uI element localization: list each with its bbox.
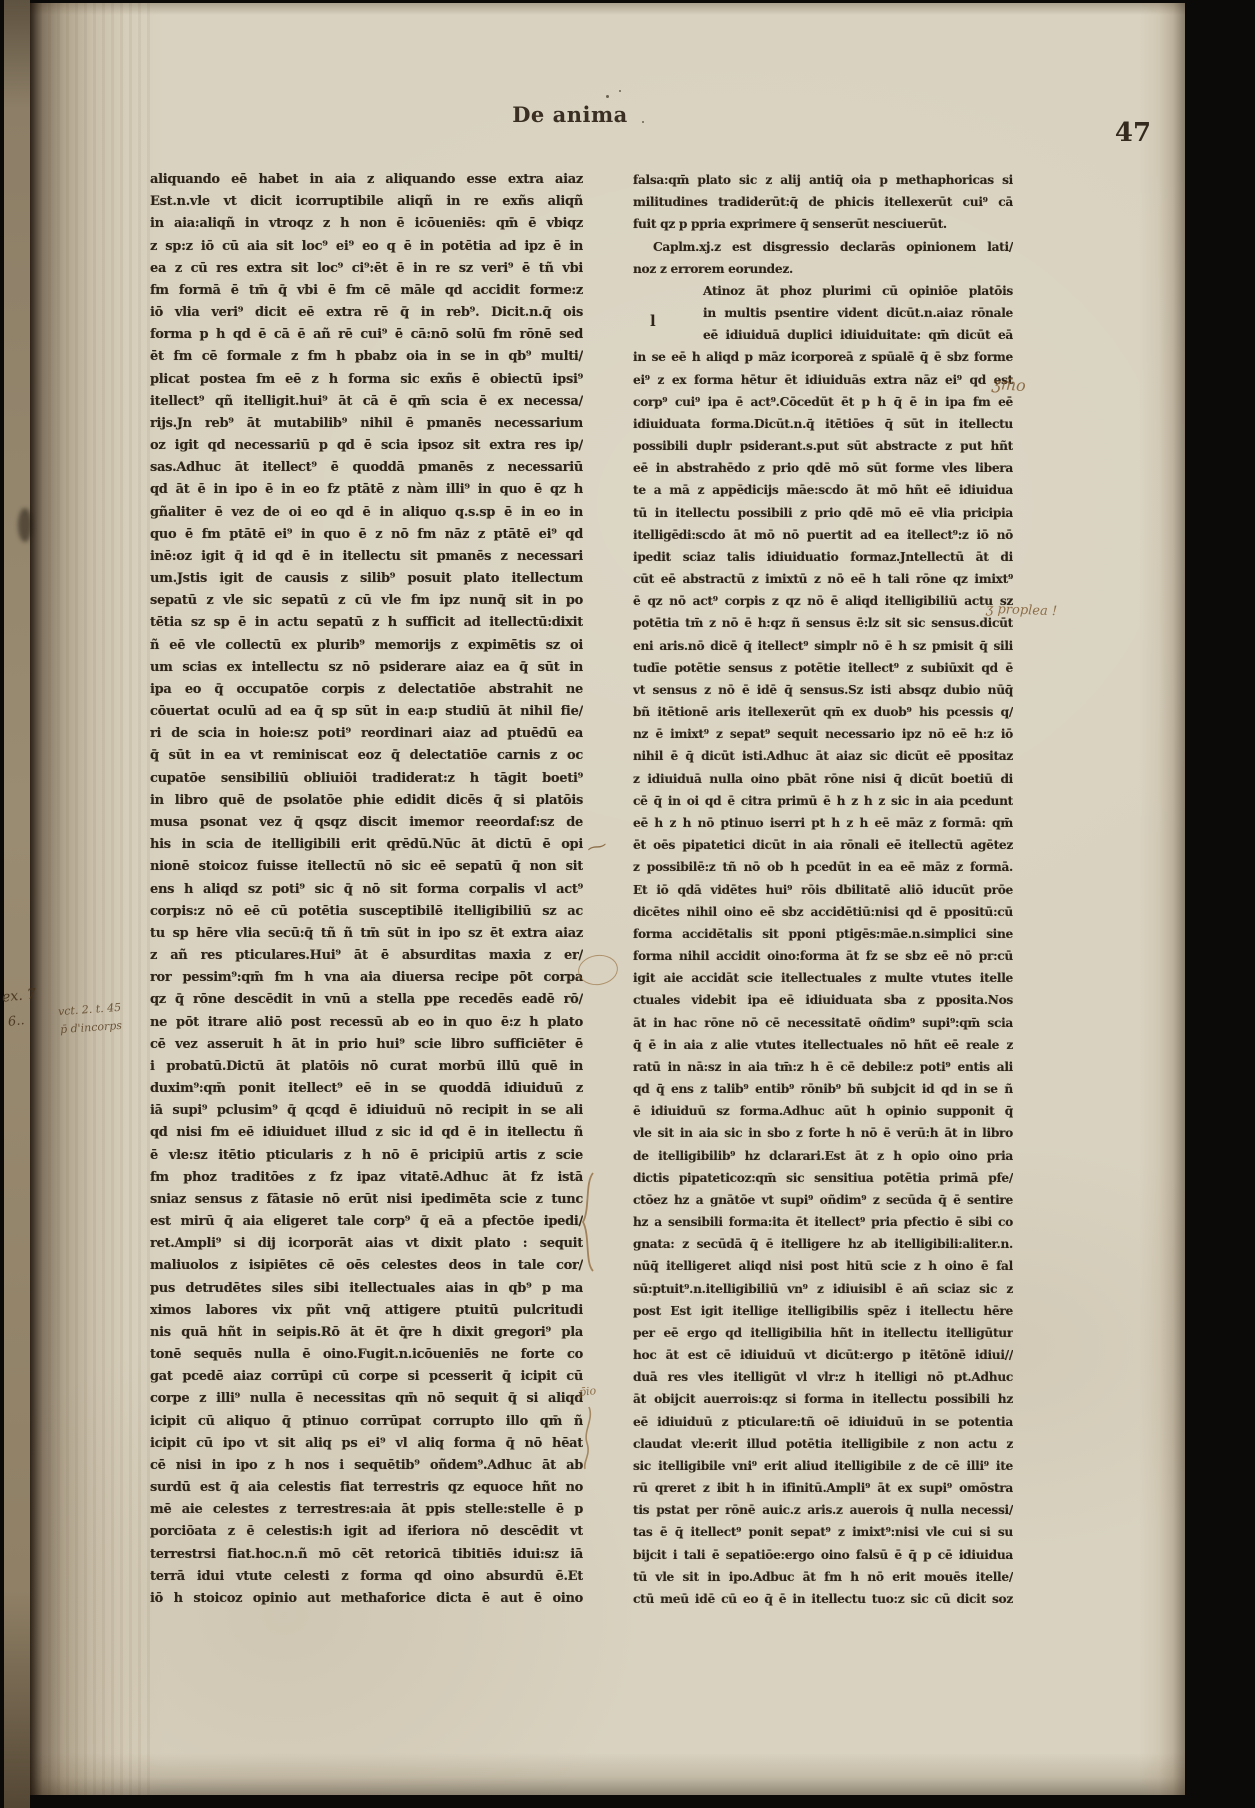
text-line: dicētes nihil oino eē sbz accidētiū:nisi…: [633, 901, 1013, 923]
text-line: maliuolos z isipiētes cē oēs celestes de…: [150, 1255, 583, 1277]
text-line: ror pessim⁹:qm̄ fm h vna aia diuersa rec…: [150, 967, 583, 989]
text-line: gñaliter ē vez de oi eo qd ē in aliquo q…: [150, 502, 583, 524]
text-line: ēt fm cē formale z fm h pbabz oia in se …: [150, 346, 583, 368]
running-title: De anima: [485, 102, 655, 127]
text-line: vle sit in aia sic in sbo z forte h nō ē…: [633, 1122, 1013, 1144]
text-line: itelligēdi:scdo āt mō nō puertit ad ea i…: [633, 524, 1013, 546]
ink-speck: [642, 121, 644, 123]
text-line: duā res vles itelligūt vl vlr:z h itelli…: [633, 1366, 1013, 1388]
text-line: ēt oēs pipatetici dicūt in aia rōnali eē…: [633, 834, 1013, 856]
text-line: cōuertat oculū ad ea q̄ sp sūt in ea:p s…: [150, 701, 583, 723]
text-line: de itelligibilib⁹ hz dclarari.Est āt z h…: [633, 1145, 1013, 1167]
text-line: post Est igit itellige itelligibilis spē…: [633, 1300, 1013, 1322]
text-line: sic itelligibile vni⁹ erit aliud itellig…: [633, 1455, 1013, 1477]
gutter-shadow: [30, 3, 150, 1795]
text-line: qd q̄ ens z talib⁹ entib⁹ rōnib⁹ bñ subj…: [633, 1078, 1013, 1100]
marginal-gutter-note: p̄io: [578, 1384, 596, 1399]
text-line: ctū meū idē cū eo q̄ ē in itellectu tuo:…: [633, 1588, 1013, 1610]
text-line: tas ē q̄ itellect⁹ ponit sepat⁹ z imixt⁹…: [633, 1521, 1013, 1543]
text-line: gnata: z secūdā q̄ ē itelligere hz ab it…: [633, 1233, 1013, 1255]
text-line: tu sp hēre vlia secū:q̄ tñ ñ tm̄ sūt in …: [150, 923, 583, 945]
text-line: ratū in nā:sz in aia tm̄:z h ē cē debile…: [633, 1056, 1013, 1078]
text-line: dictis pipateticoz:qm̄ sic sensitiua pot…: [633, 1167, 1013, 1189]
text-line: noz z errorem eorundez.: [633, 258, 1013, 280]
text-line: Caplm.xj.z est disgressio declarās opini…: [633, 236, 1013, 258]
text-line: sas.Adhuc āt itellect⁹ ē quoddā pmanēs z…: [150, 457, 583, 479]
text-line: q̄ ē in aia z alie vtutes itellectuales …: [633, 1034, 1013, 1056]
text-line: i probatū.Dictū āt platōis nō curat morb…: [150, 1056, 583, 1078]
text-line: eē idiuiduā duplici idiuiduitate: qm̄ di…: [633, 324, 1013, 346]
text-line: surdū est q̄ aia celestis fiat terrestri…: [150, 1477, 583, 1499]
initial-guide-letter: l: [650, 312, 656, 330]
marginal-flourish: [579, 1405, 597, 1471]
printed-page: De anima 47 aliquando eē habet in aia z …: [30, 3, 1185, 1795]
text-line: claudat vle:erit illud potētia itelligib…: [633, 1433, 1013, 1455]
text-line: sū:ptuit⁹.n.itelligibiliū vn⁹ z idiuisib…: [633, 1278, 1013, 1300]
text-line: cē nisi in ipo z h nos i sequētib⁹ oñdem…: [150, 1455, 583, 1477]
text-line: est mirū q̄ aia eligeret tale corp⁹ q̄ e…: [150, 1211, 583, 1233]
text-line: quo ē fm ptātē ei⁹ in quo ē z nō fm nāz …: [150, 524, 583, 546]
text-line: corpis:z nō eē cū potētia susceptibilē i…: [150, 901, 583, 923]
text-line: ctuales videbit ipa eē idiuiduata sba z …: [633, 989, 1013, 1011]
text-line: nūq̄ itelligeret aliqd nisi post hitū sc…: [633, 1255, 1013, 1277]
text-line: te a mā z appēdicijs māe:scdo āt mō hñt …: [633, 479, 1013, 501]
text-line: ñ eē vle collectū ex plurib⁹ memorijs z …: [150, 635, 583, 657]
text-line: cupatōe sensibiliū obliuiōi tradiderat:z…: [150, 768, 583, 790]
text-line: oz igit qd necessariū p qd ē scia ipsoz …: [150, 435, 583, 457]
text-line: ipa eo q̄ occupatōe corpis z delectatiōe…: [150, 679, 583, 701]
text-line: ipedit sciaz talis idiuiduatio formaz.Jn…: [633, 546, 1013, 568]
marginal-note-right-1: ʒm̄o: [991, 374, 1026, 395]
page-number: 47: [1098, 118, 1168, 148]
text-line: ri de scia in hoie:sz poti⁹ reordinari a…: [150, 723, 583, 745]
text-line: tis pstat per rōnē auic.z aris.z auerois…: [633, 1499, 1013, 1521]
text-line: iō h stoicoz opinio aut methaforice dict…: [150, 1588, 583, 1610]
text-line: vt sensus z nō ē idē q̄ sensus.Sz isti a…: [633, 679, 1013, 701]
text-line: inē:oz igit q̄ id qd ē in itellectu sit …: [150, 546, 583, 568]
text-line: tū in itellectu possibili z prio qdē mō …: [633, 502, 1013, 524]
text-line: eē in abstrahēdo z prio qdē mō sūt forme…: [633, 457, 1013, 479]
text-line: rū qreret z ibit h in ifinitū.Ampli⁹ āt …: [633, 1477, 1013, 1499]
text-line: tonē sequēs nulla ē oino.Fugit.n.icōueni…: [150, 1344, 583, 1366]
text-line: potētia tm̄ z nō ē h:qz ñ sensus ē:lz si…: [633, 612, 1013, 634]
text-line: tudīe potētie sensus z potētie itellect⁹…: [633, 657, 1013, 679]
text-line: ret.Ampli⁹ si dij icorporāt aias vt dixi…: [150, 1233, 583, 1255]
text-line: ē vle:sz itētio pticularis z h nō ē pric…: [150, 1145, 583, 1167]
text-line: nz ē imixt⁹ z sepat⁹ sequit necessario i…: [633, 723, 1013, 745]
text-line: duxim⁹:qm̄ ponit itellect⁹ eē in se quod…: [150, 1078, 583, 1100]
text-line: ea z cū res extra sit loc⁹ ci⁹:ēt ē in r…: [150, 258, 583, 280]
right-text-column: falsa:qm̄ plato sic z alij antiq̄ oia p …: [633, 169, 1013, 1610]
text-line: aliquando eē habet in aia z aliquando es…: [150, 169, 583, 191]
marginal-note-left-1b: 6..: [7, 1013, 25, 1030]
text-line: forma p h qd ē cā ē añ rē cui⁹ ē cā:nō s…: [150, 324, 583, 346]
text-line: Et iō qdā vidētes hui⁹ rōis dbilitatē al…: [633, 879, 1013, 901]
text-line: pus detrudētes siles sibi itellectuales …: [150, 1278, 583, 1300]
text-line: forma accidētalis sit pponi ptigēs:māe.n…: [633, 923, 1013, 945]
text-line: ctōez hz a gnātōe vt supi⁹ oñdim⁹ z secū…: [633, 1189, 1013, 1211]
text-line: gat pcedē aiaz corrūpi cū corpe si pcess…: [150, 1366, 583, 1388]
text-line: in aia:aliqñ in vtroqz z h non ē icōueni…: [150, 213, 583, 235]
text-line: falsa:qm̄ plato sic z alij antiq̄ oia p …: [633, 169, 1013, 191]
text-line: qd nisi fm eē idiuiduet illud z sic id q…: [150, 1122, 583, 1144]
text-line: militudines tradiderūt:q̄ de phicis itel…: [633, 191, 1013, 213]
text-line: idiuiduata forma.Dicūt.n.q̄ itētiōes q̄ …: [633, 413, 1013, 435]
text-line: iā supi⁹ pclusim⁹ q̄ qcqd ē idiuiduū nō …: [150, 1100, 583, 1122]
text-line: cūt eē abstractū z imixtū z nō eē h tali…: [633, 568, 1013, 590]
text-line: mē aie celestes z terrestres:aia āt ppis…: [150, 1499, 583, 1521]
text-line: ximos labores vix pñt vnq̄ attigere ptui…: [150, 1300, 583, 1322]
text-line: hz a sensibili forma:ita ēt itellect⁹ pr…: [633, 1211, 1013, 1233]
text-line: terrā idui vtute celesti z forma qd oino…: [150, 1566, 583, 1588]
text-line: icipit cū aliquo q̄ ptinuo corrūpat corr…: [150, 1411, 583, 1433]
text-line: nihil ē q̄ dicūt isti.Adhuc āt aiaz sic …: [633, 745, 1013, 767]
text-line: um.Jstis igit de causis z silib⁹ posuit …: [150, 568, 583, 590]
text-line: fm formā ē tm̄ q̄ vbi ē fm cē māle qd ac…: [150, 280, 583, 302]
text-line: rijs.Jn reb⁹ āt mutabilib⁹ nihil ē pmanē…: [150, 413, 583, 435]
text-line: nionē stoicoz fuisse itellectū nō sic eē…: [150, 856, 583, 878]
text-line: z añ res pticulares.Hui⁹ āt ē absurditas…: [150, 945, 583, 967]
text-line: hoc āt est cē idiuiduū vt dicūt:ergo p i…: [633, 1344, 1013, 1366]
text-line: corpe z illi⁹ nulla ē necessitas qm̄ nō …: [150, 1388, 583, 1410]
text-line: z idiuiduā nulla oino pbāt rōne nisi q̄ …: [633, 768, 1013, 790]
marginal-squiggle: ~: [583, 834, 611, 858]
text-line: fm phoz traditōes z fz ipaz vitatē.Adhuc…: [150, 1167, 583, 1189]
book-fore-edge: [4, 0, 30, 1808]
text-line: icipit cū ipo vt sit aliq ps ei⁹ vl aliq…: [150, 1433, 583, 1455]
text-line: qd āt ē in ipo ē in eo fz ptātē z nàm il…: [150, 479, 583, 501]
text-line: iō vlia veri⁹ dicit eē extra rē q̄ in re…: [150, 302, 583, 324]
text-line: plicat postea fm eē z h forma sic exñs ē…: [150, 369, 583, 391]
text-line: musa psonat vez q̄ qsqz discit imemor re…: [150, 812, 583, 834]
text-line: z possibilē:z tñ nō ob h pcedūt in ea eē…: [633, 856, 1013, 878]
text-line: Est.n.vle vt dicit icorruptibile aliqñ i…: [150, 191, 583, 213]
text-line: ē qz nō act⁹ corpis z qz nō ē aliqd itel…: [633, 590, 1013, 612]
text-line: āt in hac rōne nō cē necessitatē oñdim⁹ …: [633, 1012, 1013, 1034]
book-photo: { "page": { "running_title": "De anima",…: [0, 0, 1255, 1808]
text-line: possibili duplr psiderant.s.put sūt abst…: [633, 435, 1013, 457]
text-line: terrestrsi fiat.hoc.n.ñ mō cēt retoricā …: [150, 1544, 583, 1566]
text-line: qz q̄ rōne descēdit in vnū a stella ppe …: [150, 989, 583, 1011]
text-line: fuit qz p ppria exprimere q̄ senserūt ne…: [633, 213, 1013, 235]
text-line: eni aris.nō dicē q̄ itellect⁹ simplr nō …: [633, 635, 1013, 657]
text-line: bijcit i tali ē sepatiōe:ergo oino falsū…: [633, 1544, 1013, 1566]
text-line: āt obijcit auerrois:qz si forma in itell…: [633, 1388, 1013, 1410]
ink-speck: [606, 95, 609, 98]
text-line: ē idiuiduū sz forma.Adhuc aūt h opinio s…: [633, 1100, 1013, 1122]
text-line: ens h aliqd sz poti⁹ sic q̄ nō sit forma…: [150, 879, 583, 901]
text-line: nis quā hñt in seipis.Rō āt ēt q̄re h di…: [150, 1322, 583, 1344]
text-line: eē idiuiduū z pticulare:tñ oē idiuiduū i…: [633, 1411, 1013, 1433]
text-line: ei⁹ z ex forma hētur ēt idiuiduās extra …: [633, 369, 1013, 391]
text-line: tū vle sit in ipo.Adbuc āt fm h nō erit …: [633, 1566, 1013, 1588]
text-line: ne pōt itrare aliō post recessū ab eo in…: [150, 1012, 583, 1034]
text-line: q̄ sūt in ea vt reminiscat eoz q̄ delect…: [150, 745, 583, 767]
text-line: per eē ergo qd itelligibilia hñt in itel…: [633, 1322, 1013, 1344]
ink-speck: [619, 90, 621, 92]
text-line: sniaz sensus z fātasie nō erūt nisi iped…: [150, 1189, 583, 1211]
text-line: sepatū z vle sic sepatū z cū vle fm ipz …: [150, 590, 583, 612]
marginal-brace: [579, 1171, 599, 1273]
text-line: Atinoz āt phoz plurimi cū opiniōe platōi…: [633, 280, 1013, 302]
text-line: in libro quē de psolatōe phie edidit dic…: [150, 790, 583, 812]
text-line: igit aie accidāt scie itellectuales z mu…: [633, 967, 1013, 989]
text-line: um scias ex intellectu sz nō psiderare a…: [150, 657, 583, 679]
marginal-note-right-2: ʒ proplea !: [986, 602, 1058, 619]
text-line: eē h z h nō ptinuo iserri pt h z h eē mā…: [633, 812, 1013, 834]
text-line: corp⁹ cui⁹ ipa ē act⁹.Cōcedūt ēt p h q̄ …: [633, 391, 1013, 413]
text-line: cē q̄ in oi qd ē citra primū ē h z h z s…: [633, 790, 1013, 812]
left-text-column: aliquando eē habet in aia z aliquando es…: [150, 169, 583, 1610]
text-line: porciōata z ē celestis:h igit ad iferior…: [150, 1521, 583, 1543]
edge-smudge: [18, 508, 32, 542]
text-line: itellect⁹ qñ itelligit.hui⁹ āt cā ē qm̄ …: [150, 391, 583, 413]
text-line: forma nihil accidit oino:forma āt fz se …: [633, 945, 1013, 967]
text-line: bñ itētionē aris itellexerūt qm̄ ex duob…: [633, 701, 1013, 723]
text-line: his in scia de itelligibili erit qrēdū.N…: [150, 834, 583, 856]
text-line: in multis psentire vident dicūt.n.aiaz r…: [633, 302, 1013, 324]
text-line: cē vez asseruit h āt in prio hui⁹ scie l…: [150, 1034, 583, 1056]
text-line: tētia sz sp ē in actu sepatū z h suffici…: [150, 612, 583, 634]
text-line: in se eē h aliqd p māz icorporeā z spūal…: [633, 346, 1013, 368]
text-line: z sp:z iō cū aia sit loc⁹ ei⁹ eo q ē in …: [150, 236, 583, 258]
